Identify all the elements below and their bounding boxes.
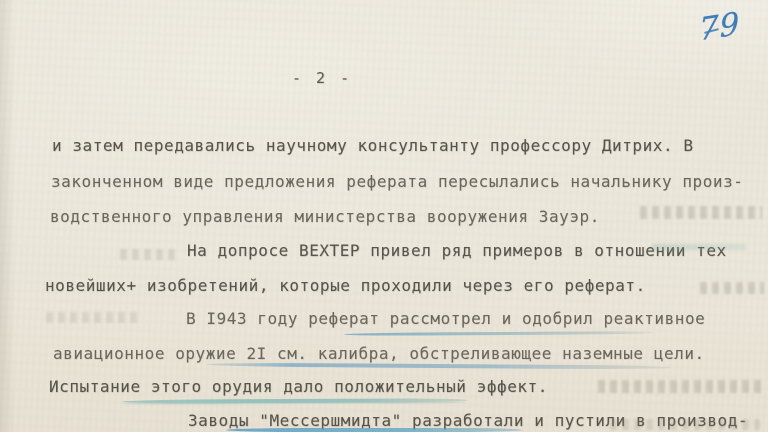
typescript-line: Заводы "Мессершмидта" разработали и пуст… <box>188 411 748 430</box>
typescript-line: авиационное оружие 2I см. калибра, обстр… <box>53 344 705 363</box>
underline-annotation-1 <box>344 331 654 336</box>
bleed-through-mark <box>120 249 178 260</box>
bleed-through-mark <box>598 380 762 393</box>
underline-annotation-3 <box>122 398 468 404</box>
typescript-line: водственного управления министерства воо… <box>50 207 600 226</box>
typescript-line: На допросе ВЕХТЕР привел ряд примеров в … <box>187 241 727 260</box>
typescript-line: В I943 году реферат рассмотрел и одобрил… <box>186 309 705 328</box>
bleed-through-mark <box>700 282 764 294</box>
typescript-line: новейших+ изобретений, которые проходили… <box>45 276 646 295</box>
page-number: - 2 - <box>292 69 352 87</box>
scanned-document-page: - 2 - 79 и затем передавались научному к… <box>0 0 768 432</box>
typescript-line: законченном виде предложения реферата пе… <box>51 172 743 191</box>
folio-number-handwritten: 79 <box>699 6 741 49</box>
bleed-through-mark <box>46 312 142 323</box>
underline-annotation-2 <box>206 362 672 369</box>
typescript-line: Испытание этого орудия дало положительны… <box>49 377 548 396</box>
typescript-line: и затем передавались научному консультан… <box>52 136 694 155</box>
bleed-through-mark <box>640 206 762 219</box>
